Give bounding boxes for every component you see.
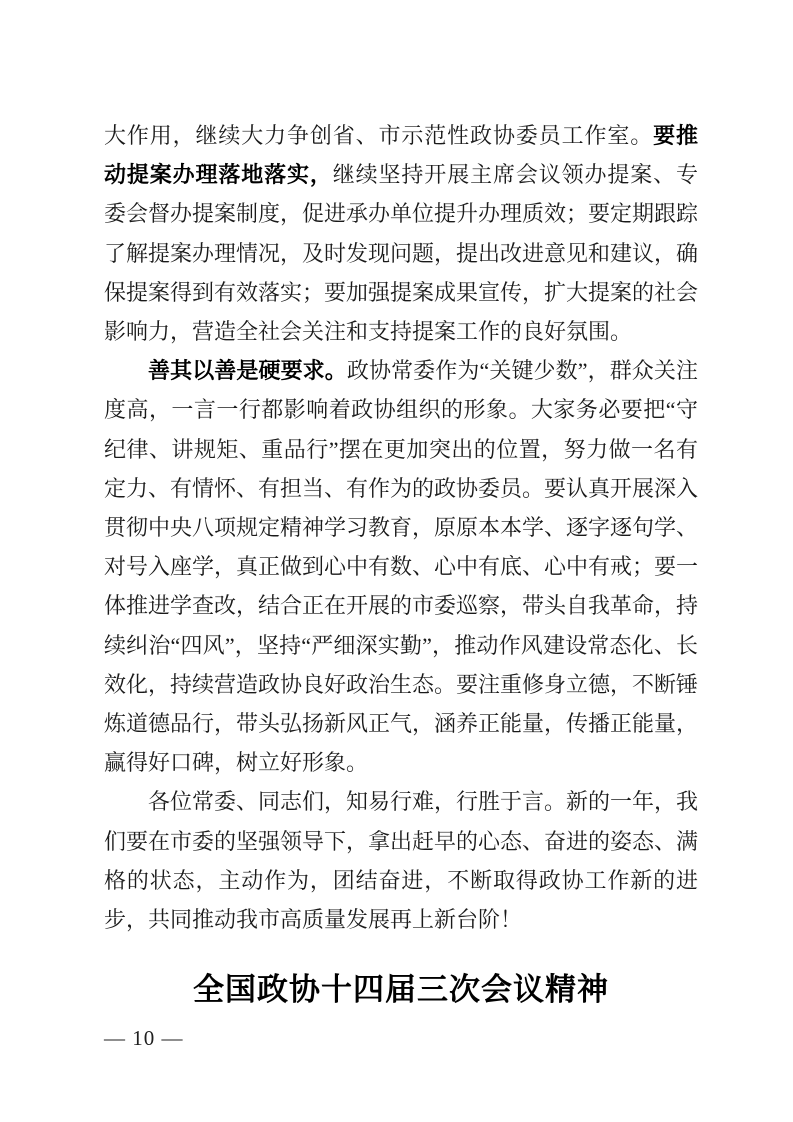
- document-page: 大作用，继续大力争创省、市示范性政协委员工作室。要推动提案办理落地落实，继续坚持…: [0, 0, 793, 1122]
- body-text: 大作用，继续大力争创省、市示范性政协委员工作室。: [104, 123, 653, 148]
- body-text: 继续坚持开展主席会议领办提案、专委会督办提案制度，促进承办单位提升办理质效；要定…: [104, 162, 698, 344]
- paragraph: 各位常委、同志们，知易行难，行胜于言。新的一年，我们要在市委的坚强领导下，拿出赶…: [104, 782, 698, 939]
- body-text: 政协常委作为“关键少数”，群众关注度高，一言一行都影响着政协组织的形象。大家务必…: [104, 358, 698, 775]
- document-body: 大作用，继续大力争创省、市示范性政协委员工作室。要推动提案办理落地落实，继续坚持…: [104, 116, 698, 1011]
- body-text: 各位常委、同志们，知易行难，行胜于言。新的一年，我们要在市委的坚强领导下，拿出赶…: [104, 789, 698, 932]
- emphasis-text: 善其以善是硬要求。: [148, 358, 347, 383]
- section-heading: 全国政协十四届三次会议精神: [104, 969, 698, 1011]
- page-number: — 10 —: [104, 1026, 184, 1050]
- page-footer: — 10 —: [104, 1024, 184, 1052]
- paragraphs-container: 大作用，继续大力争创省、市示范性政协委员工作室。要推动提案办理落地落实，继续坚持…: [104, 116, 698, 939]
- paragraph: 善其以善是硬要求。政协常委作为“关键少数”，群众关注度高，一言一行都影响着政协组…: [104, 351, 698, 782]
- paragraph: 大作用，继续大力争创省、市示范性政协委员工作室。要推动提案办理落地落实，继续坚持…: [104, 116, 698, 351]
